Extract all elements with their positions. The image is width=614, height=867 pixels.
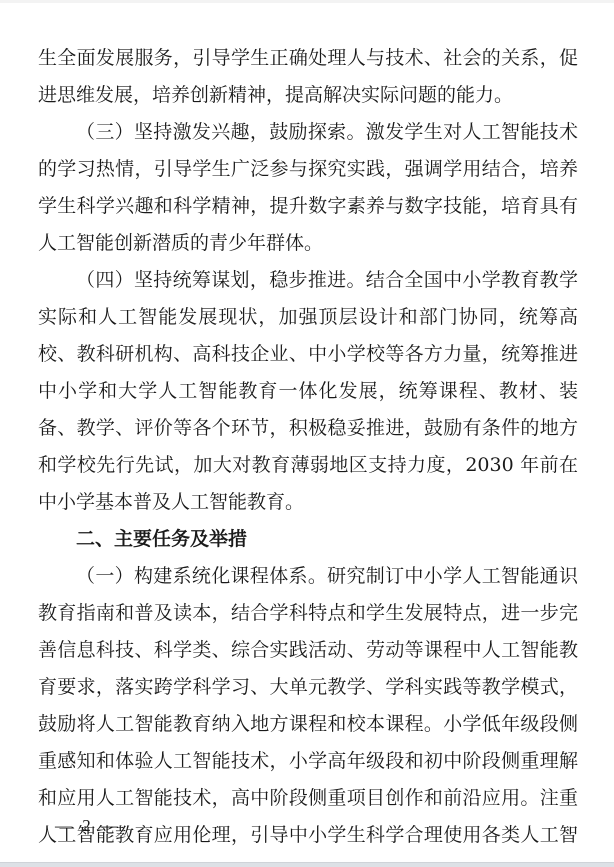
text-line: 教育指南和普及读本，结合学科特点和学生发展特点，进一步完 xyxy=(38,595,578,632)
text-line: 备、教学、评价等各个环节，积极稳妥推进，鼓励有条件的地方 xyxy=(38,410,578,447)
text-line: 和学校先行先试，加大对教育薄弱地区支持力度，2030 年前在 xyxy=(38,447,578,484)
text-line: 育要求，落实跨学科学习、大单元教学、学科实践等教学模式， xyxy=(38,669,578,706)
text-line: 中小学基本普及人工智能教育。 xyxy=(38,484,578,521)
text-line: 人工智能创新潜质的青少年群体。 xyxy=(38,225,578,262)
text-line: 生全面发展服务，引导学生正确处理人与技术、社会的关系，促 xyxy=(38,40,578,77)
text-line: 善信息科技、科学类、综合实践活动、劳动等课程中人工智能教 xyxy=(38,632,578,669)
text-line: 鼓励将人工智能教育纳入地方课程和校本课程。小学低年级段侧 xyxy=(38,706,578,743)
page-number: — 2 — xyxy=(55,816,121,836)
text-line: 进思维发展，培养创新精神，提高解决实际问题的能力。 xyxy=(38,77,578,114)
document-page: 生全面发展服务，引导学生正确处理人与技术、社会的关系，促 进思维发展，培养创新精… xyxy=(38,40,578,854)
section-item-4-line: （四）坚持统筹谋划，稳步推进。结合全国中小学教育教学 xyxy=(38,262,578,299)
text-line: 校、教科研机构、高科技企业、中小学校等各方力量，统筹推进 xyxy=(38,336,578,373)
text-line: 和应用人工智能技术，高中阶段侧重项目创作和前沿应用。注重 xyxy=(38,780,578,817)
text-line: 中小学和大学人工智能教育一体化发展，统筹课程、教材、装 xyxy=(38,373,578,410)
section-heading: 二、主要任务及举措 xyxy=(38,521,578,558)
text-line: 重感知和体验人工智能技术，小学高年级段和初中阶段侧重理解 xyxy=(38,743,578,780)
viewer-bottom-edge xyxy=(0,862,614,867)
viewer-top-edge xyxy=(0,0,614,3)
section-item-1-line: （一）构建系统化课程体系。研究制订中小学人工智能通识 xyxy=(38,558,578,595)
text-line: 的学习热情，引导学生广泛参与探究实践，强调学用结合，培养 xyxy=(38,151,578,188)
text-line: 实际和人工智能发展现状，加强顶层设计和部门协同，统筹高 xyxy=(38,299,578,336)
text-line: 学生科学兴趣和科学精神，提升数字素养与数字技能，培育具有 xyxy=(38,188,578,225)
section-item-3-line: （三）坚持激发兴趣，鼓励探索。激发学生对人工智能技术 xyxy=(38,114,578,151)
